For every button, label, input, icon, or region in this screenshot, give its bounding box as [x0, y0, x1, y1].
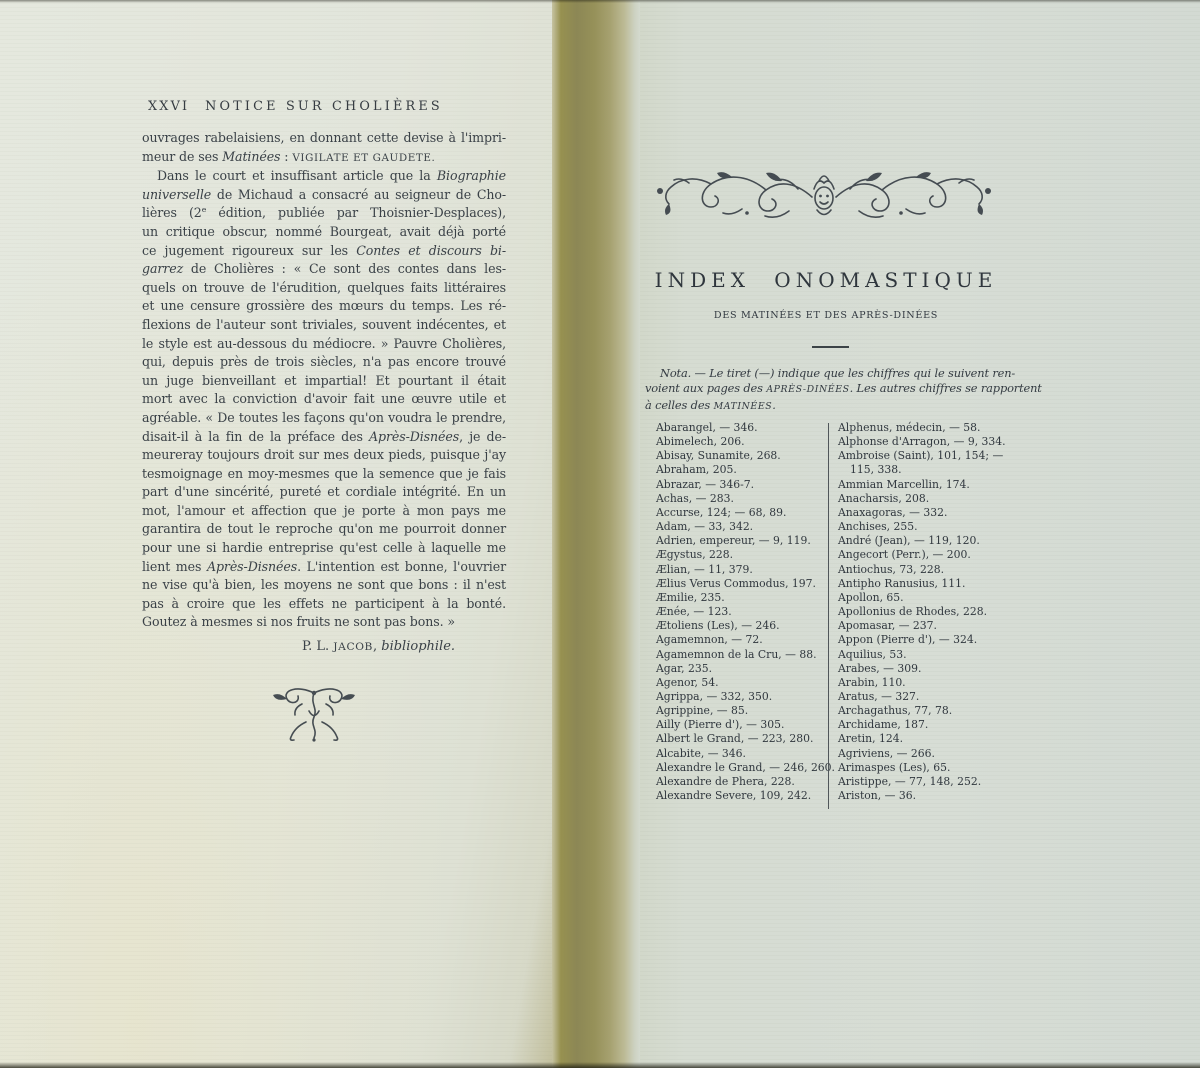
- index-entry: Alcabite, — 346.: [656, 747, 826, 761]
- index-entry: Angecort (Perr.), — 200.: [838, 548, 1043, 562]
- index-entry: Anaxagoras, — 332.: [838, 506, 1043, 520]
- body-text-line: disait-il à la fin de la préface des Apr…: [142, 428, 506, 447]
- body-text-line: meureray toujours droit sur mes deux pie…: [142, 446, 506, 465]
- index-entry: Apomasar, — 237.: [838, 619, 1043, 633]
- index-entry: Ariston, — 36.: [838, 789, 1043, 803]
- photo-top-edge: [0, 0, 1200, 3]
- index-entry: Ailly (Pierre d'), — 305.: [656, 718, 826, 732]
- body-text-line: garrez de Cholières : « Ce sont des cont…: [142, 260, 506, 279]
- headpiece-ornament: [654, 169, 994, 227]
- tailpiece-ornament: [266, 684, 362, 742]
- index-entry: Archagathus, 77, 78.: [838, 704, 1043, 718]
- index-entry: Alphonse d'Arragon, — 9, 334.: [838, 435, 1043, 449]
- body-text-line: pour une si hardie entreprise qu'est cel…: [142, 539, 506, 558]
- index-entry: Arabin, 110.: [838, 676, 1043, 690]
- index-entry: Antipho Ranusius, 111.: [838, 577, 1043, 591]
- index-entry: Agrippine, — 85.: [656, 704, 826, 718]
- index-column-right: Alphenus, médecin, — 58.Alphonse d'Arrag…: [838, 421, 1043, 803]
- index-entry: Agenor, 54.: [656, 676, 826, 690]
- index-entry: Ambroise (Saint), 101, 154; —: [838, 449, 1043, 463]
- index-entry: Ænée, — 123.: [656, 605, 826, 619]
- body-text-line: lient mes Après-Disnées. L'intention est…: [142, 558, 506, 577]
- body-text-line: ouvrages rabelaisiens, en donnant cette …: [142, 129, 506, 148]
- title-rule: [812, 346, 849, 348]
- index-entry: Ægystus, 228.: [656, 548, 826, 562]
- body-text-line: Goutez à mesmes si nos fruits ne sont pa…: [142, 613, 506, 632]
- body-text: ouvrages rabelaisiens, en donnant cette …: [142, 129, 506, 632]
- body-text-line: le style est au-dessous du médiocre. » P…: [142, 335, 506, 354]
- index-entry: Agrippa, — 332, 350.: [656, 690, 826, 704]
- gutter-shadow: [552, 0, 640, 1068]
- book-spread-photo: XXVI NOTICE SUR CHOLIÈRES ouvrages rabel…: [0, 0, 1200, 1068]
- index-entry: Anacharsis, 208.: [838, 492, 1043, 506]
- body-text-line: Dans le court et insuffisant article que…: [142, 167, 506, 186]
- body-text-line: ne vise qu'à bien, les moyens ne sont qu…: [142, 576, 506, 595]
- left-page-header: XXVI NOTICE SUR CHOLIÈRES: [142, 99, 506, 117]
- index-entry: Ælius Verus Commodus, 197.: [656, 577, 826, 591]
- index-entry: Abisay, Sunamite, 268.: [656, 449, 826, 463]
- index-entry: Abrazar, — 346-7.: [656, 478, 826, 492]
- index-entry: Agamemnon, — 72.: [656, 633, 826, 647]
- running-title: NOTICE SUR CHOLIÈRES: [205, 99, 443, 114]
- index-entry: Antiochus, 73, 228.: [838, 563, 1043, 577]
- index-entry: Arabes, — 309.: [838, 662, 1043, 676]
- body-text-line: mot, l'amour et affection que je porte à…: [142, 502, 506, 521]
- index-subtitle: DES MATINÉES ET DES APRÈS-DINÉES: [600, 310, 1052, 321]
- index-column-left: Abarangel, — 346.Abimelech, 206.Abisay, …: [656, 421, 826, 803]
- index-entry: Apollonius de Rhodes, 228.: [838, 605, 1043, 619]
- nota-text-line: à celles des MATINÉES.: [645, 398, 1011, 414]
- index-entry: Archidame, 187.: [838, 718, 1043, 732]
- nota-text-line: voient aux pages des APRÈS-DINÉES. Les a…: [645, 381, 1011, 397]
- body-text-line: qui, depuis près de trois siècles, n'a p…: [142, 353, 506, 372]
- body-text-line: universelle de Michaud a consacré au sei…: [142, 186, 506, 205]
- index-entry: Ætoliens (Les), — 246.: [656, 619, 826, 633]
- index-entry: Alexandre de Phera, 228.: [656, 775, 826, 789]
- index-entry: Albert le Grand, — 223, 280.: [656, 732, 826, 746]
- index-entry: Alexandre Severe, 109, 242.: [656, 789, 826, 803]
- index-entry: André (Jean), — 119, 120.: [838, 534, 1043, 548]
- body-text-line: lières (2e édition, publiée par Thoisnie…: [142, 204, 506, 223]
- index-entry: Appon (Pierre d'), — 324.: [838, 633, 1043, 647]
- index-entry: Abraham, 205.: [656, 463, 826, 477]
- body-text-line: part d'une sincérité, pureté et cordiale…: [142, 483, 506, 502]
- body-text-line: tesmoignage en moy-mesmes que la semence…: [142, 465, 506, 484]
- body-text-line: quels on trouve de l'érudition, quelques…: [142, 279, 506, 298]
- body-text-line: mort avec la conviction d'avoir fait une…: [142, 390, 506, 409]
- page-number: XXVI: [148, 99, 189, 114]
- body-text-line: meur de ses Matinées : VIGILATE ET GAUDE…: [142, 148, 506, 168]
- mask-face: [814, 176, 834, 215]
- index-entry: Adam, — 33, 342.: [656, 520, 826, 534]
- index-entry: Aquilius, 53.: [838, 648, 1043, 662]
- body-text-line: flexions de l'auteur sont triviales, sou…: [142, 316, 506, 335]
- photo-bottom-edge: [0, 1062, 1200, 1068]
- index-title: INDEX ONOMASTIQUE: [600, 268, 1052, 292]
- body-text-line: un juge bienveillant et impartial! Et po…: [142, 372, 506, 391]
- signature-line: P. L. JACOB, bibliophile.: [142, 638, 506, 656]
- index-entry: Agamemnon de la Cru, — 88.: [656, 648, 826, 662]
- index-entry: Adrien, empereur, — 9, 119.: [656, 534, 826, 548]
- body-text-line: un critique obscur, nommé Bourgeat, avai…: [142, 223, 506, 242]
- column-divider: [828, 423, 829, 809]
- index-entry: Apollon, 65.: [838, 591, 1043, 605]
- index-entry: Agar, 235.: [656, 662, 826, 676]
- index-entry: 115, 338.: [838, 463, 1043, 477]
- index-entry: Ammian Marcellin, 174.: [838, 478, 1043, 492]
- nota-text-line: Nota. — Le tiret (—) indique que les chi…: [645, 366, 1011, 381]
- index-entry: Aretin, 124.: [838, 732, 1043, 746]
- index-entry: Anchises, 255.: [838, 520, 1043, 534]
- body-text-line: garantira de tout le reproche qu'on me p…: [142, 520, 506, 539]
- index-entry: Aristippe, — 77, 148, 252.: [838, 775, 1043, 789]
- index-entry: Achas, — 283.: [656, 492, 826, 506]
- signature-text: P. L. JACOB, bibliophile.: [142, 638, 506, 656]
- index-entry: Aratus, — 327.: [838, 690, 1043, 704]
- index-entry: Accurse, 124; — 68, 89.: [656, 506, 826, 520]
- nota-text: Nota. — Le tiret (—) indique que les chi…: [645, 366, 1011, 414]
- index-entry: Abarangel, — 346.: [656, 421, 826, 435]
- body-text-line: ce jugement rigoureux sur les Contes et …: [142, 242, 506, 261]
- index-entry: Alphenus, médecin, — 58.: [838, 421, 1043, 435]
- body-text-line: pas à croire que les effets ne participe…: [142, 595, 506, 614]
- body-text-line: agréable. « De toutes les façons qu'on v…: [142, 409, 506, 428]
- index-entry: Æmilie, 235.: [656, 591, 826, 605]
- index-entry: Agriviens, — 266.: [838, 747, 1043, 761]
- index-entry: Abimelech, 206.: [656, 435, 826, 449]
- index-entry: Ælian, — 11, 379.: [656, 563, 826, 577]
- index-entry: Arimaspes (Les), 65.: [838, 761, 1043, 775]
- body-text-line: et une censure grossière des mœurs du te…: [142, 297, 506, 316]
- index-entry: Alexandre le Grand, — 246, 260.: [656, 761, 826, 775]
